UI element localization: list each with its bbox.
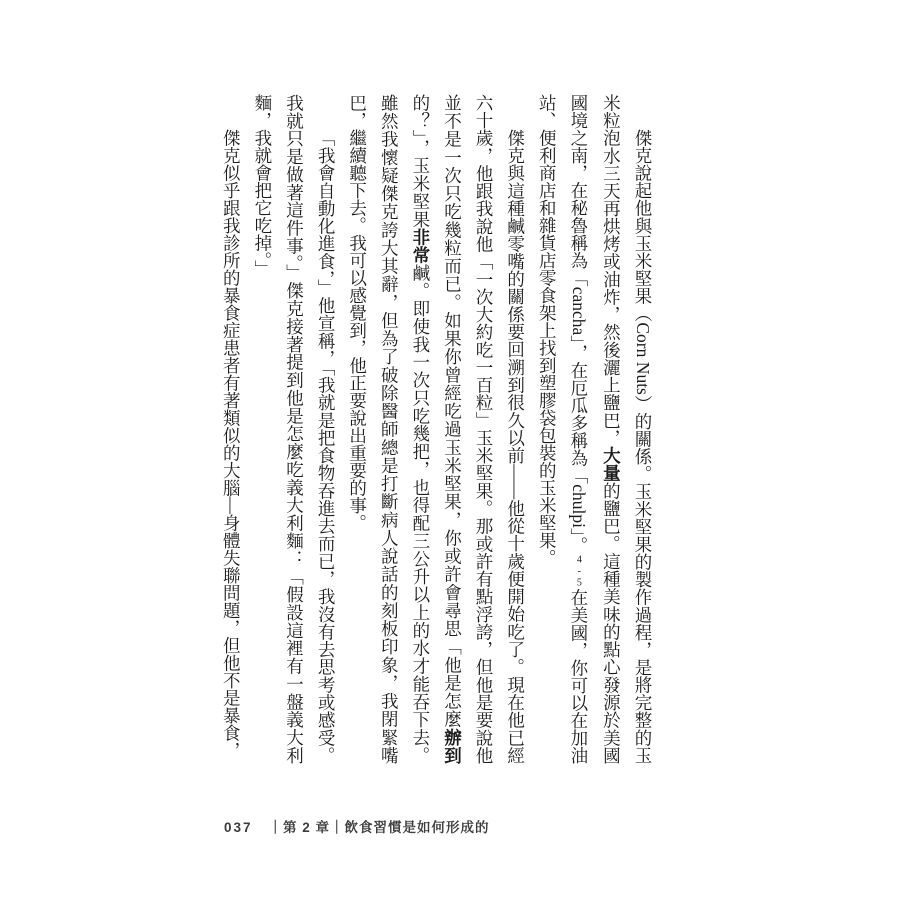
page-footer: 037｜第 2 章｜飲食習慣是如何形成的 [224,816,490,836]
text-segment: 辦到 [442,728,462,764]
page-number: 037 [224,820,253,835]
footnote-marker: 4-5 [574,554,585,589]
body-text: 傑克說起他與玉米堅果（Corn Nuts）的關係。玉米堅果的製作過程，是將完整的… [215,94,658,764]
paragraph: 「我會自動化進食，」他宣稱，「我就是把食物吞進去而已，我沒有去思考或感受。我就只… [246,94,341,764]
text-segment: 「我會自動化進食，」他宣稱，「我就是把食物吞進去而已，我沒有去思考或感受。我就只… [253,94,336,764]
chapter-title: ｜第 2 章｜飲食習慣是如何形成的 [269,820,490,835]
paragraph: 傑克似乎跟我診所的暴食症患者有著類似的大腦—身體失聯問題，但他不是暴食， [215,94,247,764]
text-segment: 大量 [601,447,621,482]
paragraph: 傑克與這種鹹零嘴的關係要回溯到很久以前——他從十歲便開始吃了。現在他已經六十歲，… [341,94,531,764]
text-segment: 的？」，玉米堅果 [411,94,431,228]
paragraph: 傑克說起他與玉米堅果（Corn Nuts）的關係。玉米堅果的製作過程，是將完整的… [531,94,658,764]
text-segment: 傑克似乎跟我診所的暴食症患者有著類似的大腦—身體失聯問題，但他不是暴食， [221,129,241,759]
text-segment: 非常 [411,228,431,264]
text-segment: 傑克與這種鹹零嘴的關係要回溯到很久以前——他從十歲便開始吃了。現在他已經六十歲，… [442,94,525,764]
book-page: 傑克說起他與玉米堅果（Corn Nuts）的關係。玉米堅果的製作過程，是將完整的… [0,0,900,900]
